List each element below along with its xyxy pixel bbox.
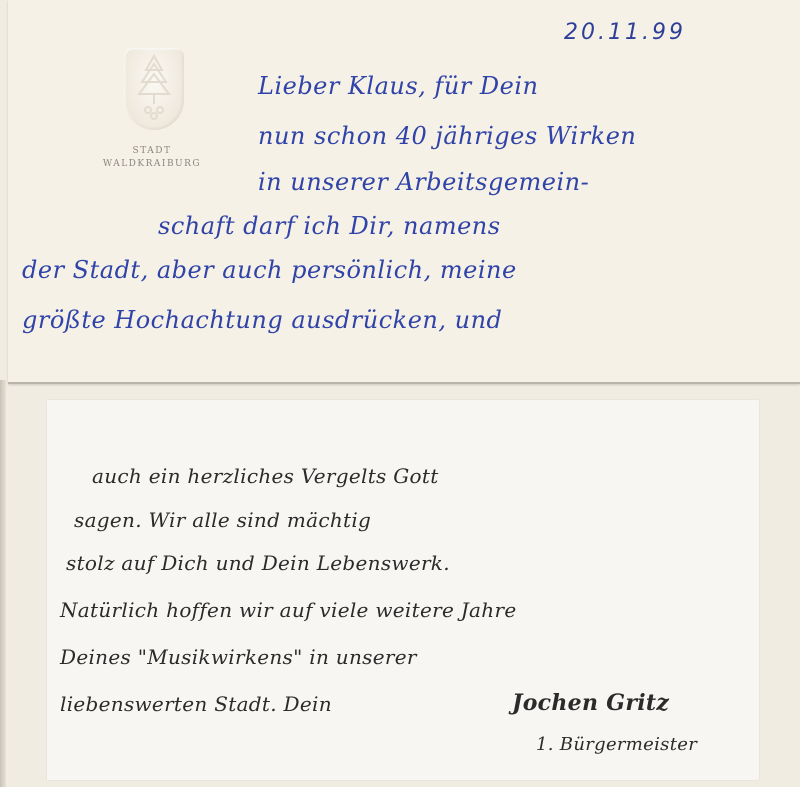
handwritten-line-5: der Stadt, aber auch persönlich, meine [22,256,517,284]
handwritten-line-2: nun schon 40 jähriges Wirken [258,122,636,150]
signature: Jochen Gritz [512,690,669,716]
letter-card-bottom [47,400,759,780]
handwritten-line-3: in unserer Arbeitsgemein- [258,168,589,196]
letter-date: 20.11.99 [564,20,686,45]
handwritten-line-6: größte Hochachtung ausdrücken, und [22,306,502,334]
handwritten-line-4: schaft darf ich Dir, namens [158,212,501,240]
handwritten-line-1: Lieber Klaus, für Dein [258,72,538,100]
signature-title: 1. Bürgermeister [536,734,697,755]
handwritten-line-9: stolz auf Dich und Dein Lebenswerk. [66,551,450,575]
background-edge [0,380,6,787]
handwritten-line-11: Deines "Musikwirkens" in unserer [60,645,417,669]
handwritten-line-10: Natürlich hoffen wir auf viele weitere J… [60,598,516,622]
letterhead-city-name: WALDKRAIBURG [92,159,212,169]
handwritten-line-8: sagen. Wir alle sind mächtig [74,508,371,532]
handwritten-line-7: auch ein herzliches Vergelts Gott [92,464,439,488]
letterhead-stadt: STADT [92,146,212,156]
handwritten-line-12: liebenswerten Stadt. Dein [60,692,332,716]
crest-emblem-icon [124,48,184,130]
